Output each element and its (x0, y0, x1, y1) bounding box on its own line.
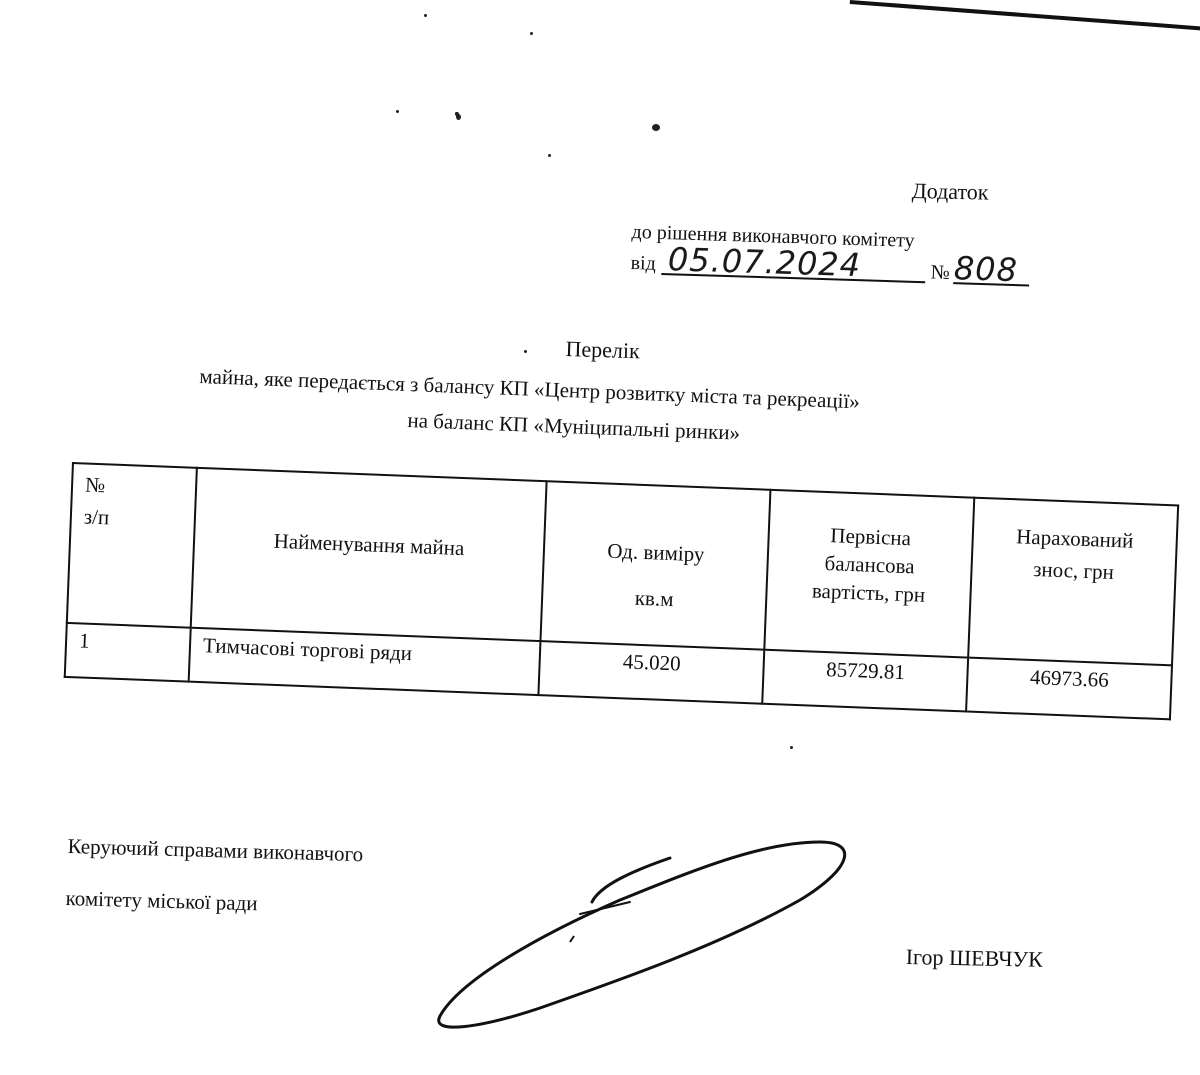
decision-date-line: від05.07.2024 №808 (630, 244, 1030, 288)
signer-position-line2: комітету міської ради (65, 886, 258, 916)
scan-speck (652, 124, 660, 131)
scan-speck (455, 112, 459, 116)
cell-initial-value: 85729.81 (762, 650, 968, 712)
scan-speck (524, 350, 527, 353)
signer-position-line1: Керуючий справами виконавчого (67, 834, 363, 867)
addendum-label: Додаток (911, 178, 988, 206)
decision-number-handwritten: 808 (953, 254, 1030, 286)
decision-reference: до рішення виконавчого комітету від05.07… (630, 220, 1031, 288)
scanned-document-page: Додаток до рішення виконавчого комітету … (0, 0, 1200, 1075)
header-number: № з/п (67, 463, 197, 628)
scan-speck (530, 32, 533, 35)
signer-name: Ігор ШЕВЧУК (905, 944, 1043, 973)
cell-unit: 45.020 (538, 641, 764, 704)
header-unit: Од. виміру кв.м (540, 481, 770, 649)
cell-depreciation: 46973.66 (966, 658, 1172, 720)
number-prefix: № (930, 261, 950, 284)
date-prefix: від (630, 252, 656, 275)
header-initial-value: Первісна балансова вартість, грн (764, 490, 974, 658)
scan-speck (790, 746, 793, 749)
document-subtitle-line1: майна, яке передається з балансу КП «Цен… (199, 364, 860, 414)
handwritten-signature (420, 830, 880, 1050)
scan-speck (424, 14, 427, 17)
document-subtitle-line2: на баланс КП «Муніципальні ринки» (407, 408, 740, 446)
header-property-name: Найменування майна (191, 468, 547, 641)
document-title: Перелік (565, 336, 640, 364)
scan-speck (396, 110, 399, 113)
scan-speck (548, 154, 551, 157)
cell-number: 1 (65, 623, 191, 682)
property-table: № з/п Найменування майна Од. виміру кв.м… (64, 462, 1179, 720)
scan-edge-line (850, 0, 1200, 32)
header-depreciation: Нарахований знос, грн (968, 498, 1178, 666)
